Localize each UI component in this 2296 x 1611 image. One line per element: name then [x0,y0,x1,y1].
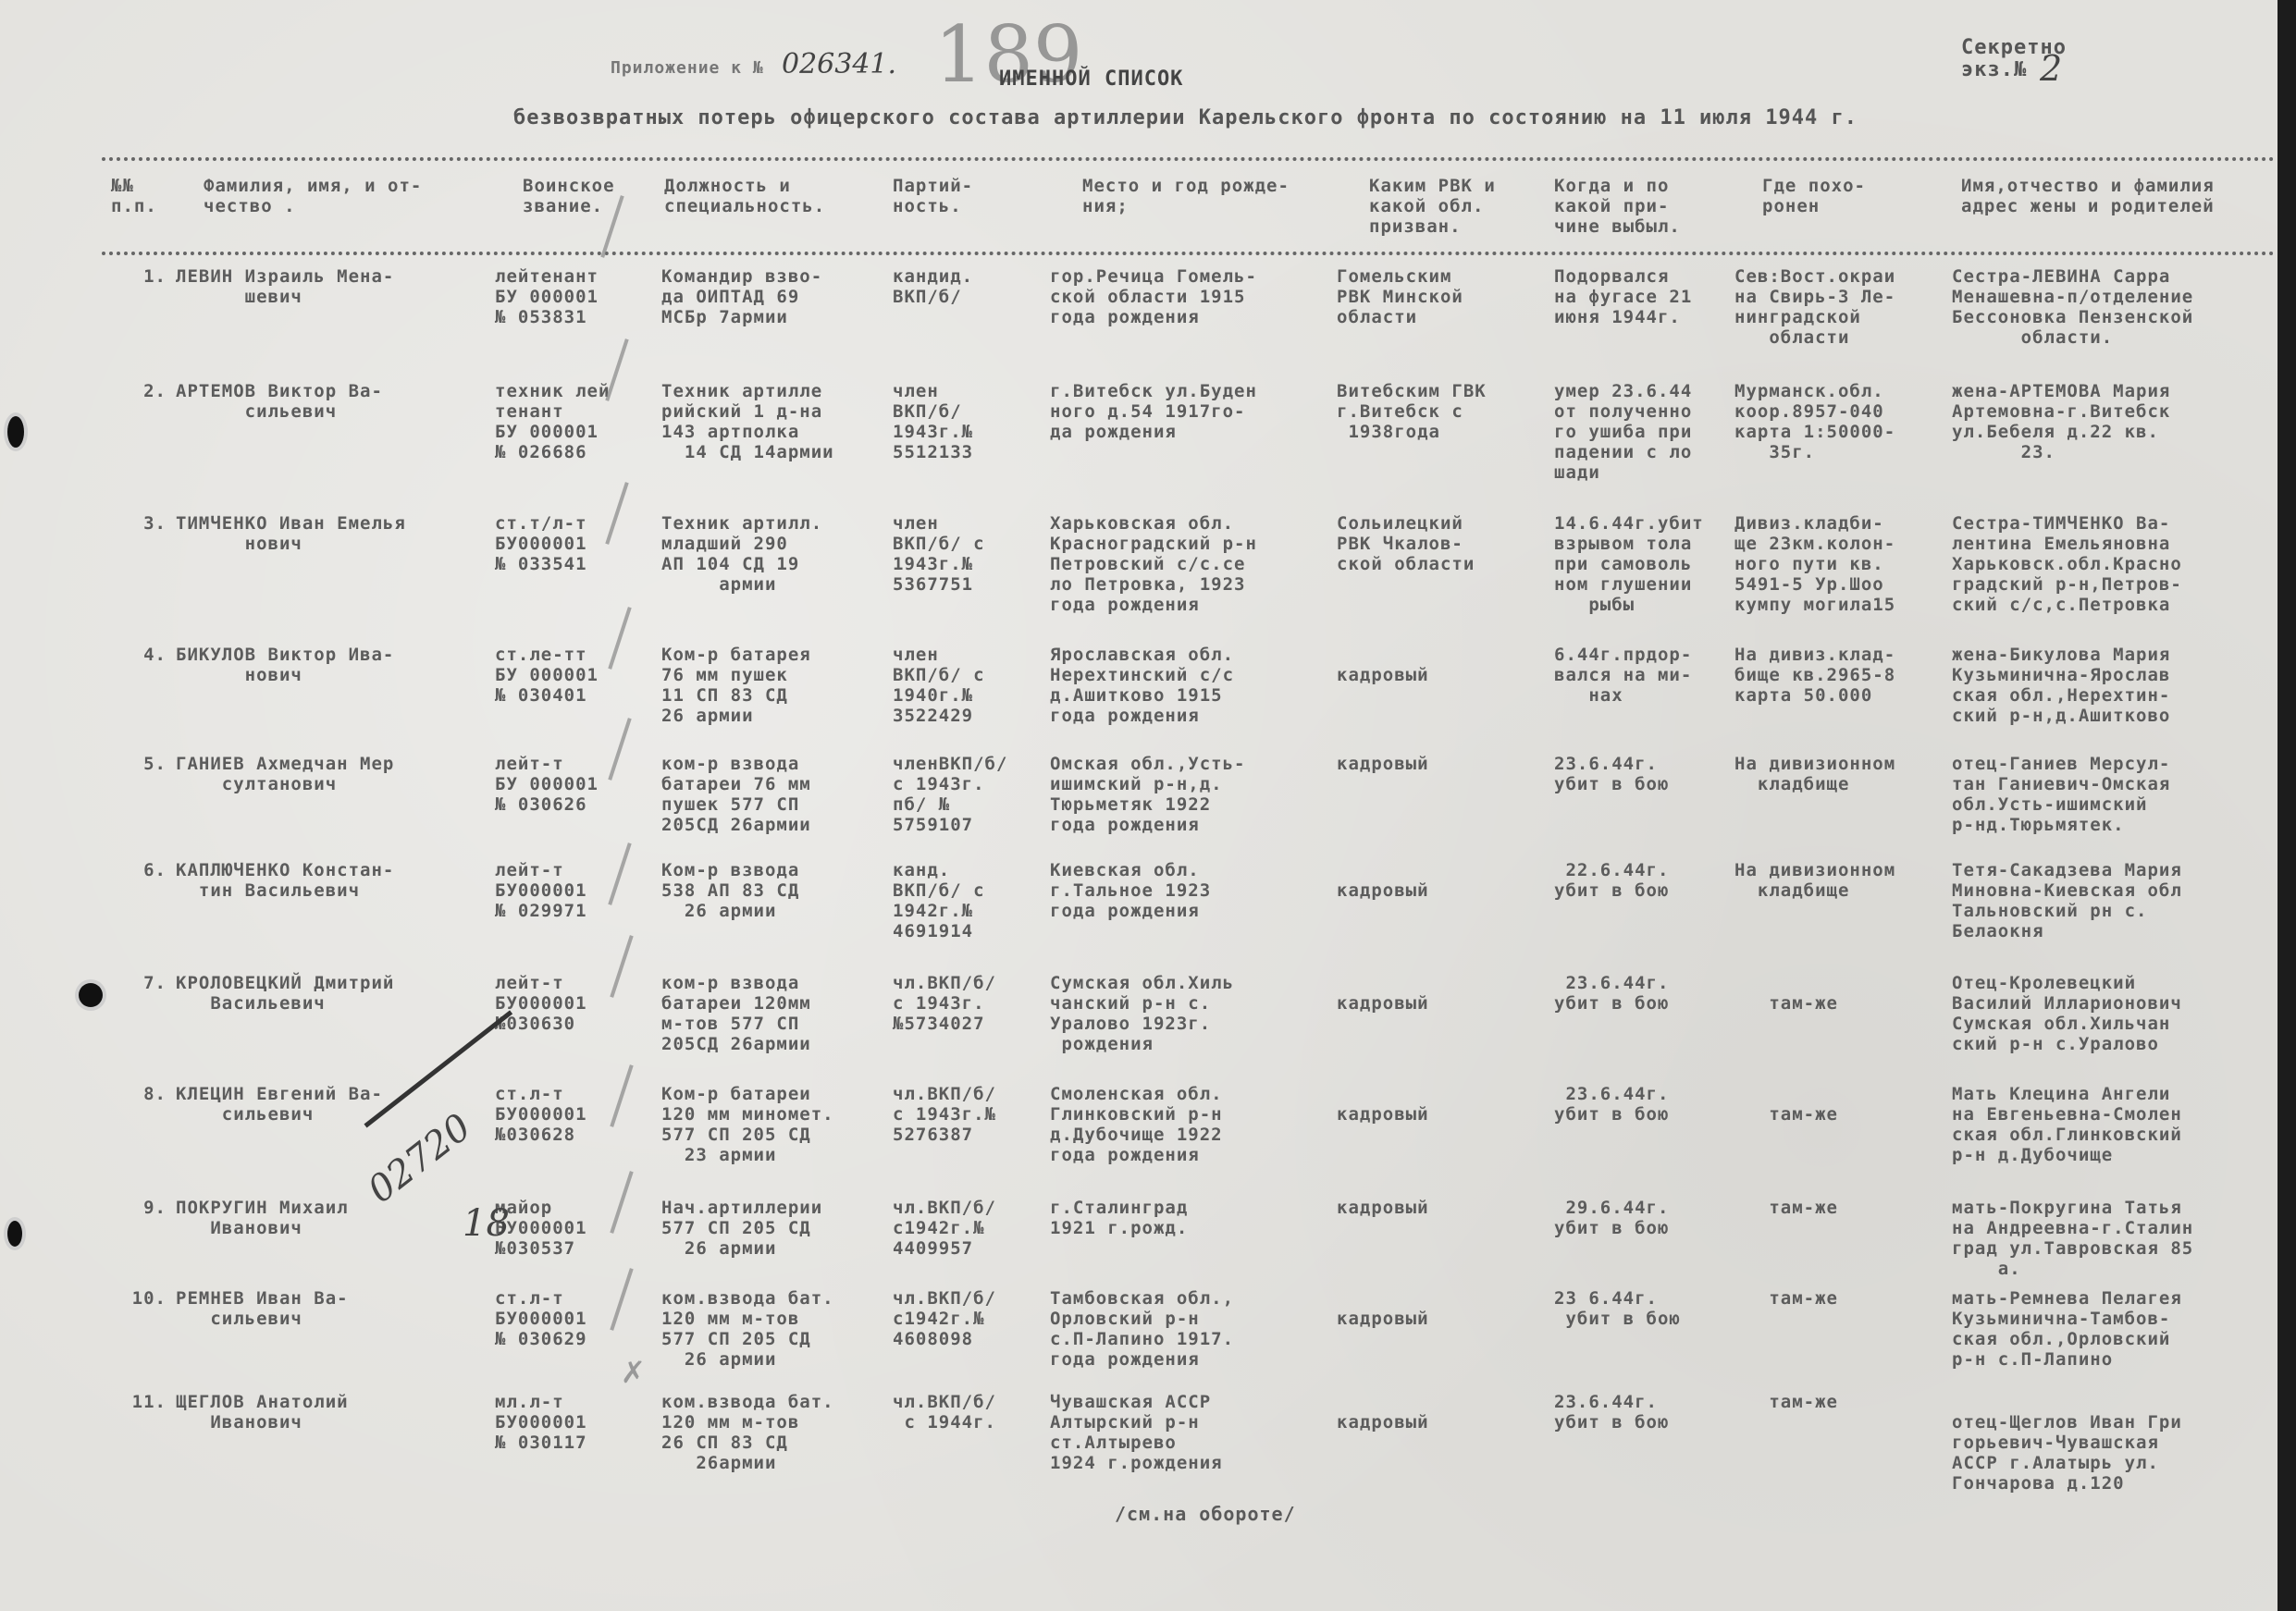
position: ком-р взвода батареи 76 мм пушек 577 СП … [661,754,879,835]
document-page: Приложение к № 026341. 189 ИМЕННОЙ СПИСО… [0,0,2277,1611]
row-number: 3. [130,513,167,534]
when-why: 23 6.44г. убит в бою [1554,1288,1730,1329]
appendix-label: Приложение к № [611,57,764,80]
full-name: КАПЛЮЧЕНКО Констан- тин Васильевич [176,860,490,901]
birth-place-year: г.Сталинград 1921 г.рожд. [1050,1198,1327,1238]
relatives: Сестра-ТИМЧЕНКО Ва- лентина Емельяновна … [1952,513,2276,615]
row-number: 11. [130,1392,167,1412]
birth-place-year: г.Витебск ул.Буден ного д.54 1917го- да … [1050,381,1327,442]
position: Нач.артиллерии 577 СП 205 СД 26 армии [661,1198,879,1259]
party: канд. ВКП/б/ с 1942г.№ 4691914 [893,860,1013,941]
rank: лейт-т БУ000001 № 029971 [495,860,638,921]
party: чл.ВКП/б/ с 1943г.№ 5276387 [893,1084,1013,1145]
burial-place: Дивиз.кладби- ще 23км.колон- ного пути к… [1734,513,1929,615]
row-number: 4. [130,645,167,665]
birth-place-year: гор.Речица Гомель- ской области 1915 год… [1050,266,1327,327]
when-why: 14.6.44г.убит взрывом тола при самоволь … [1554,513,1730,615]
full-name: ТИМЧЕНКО Иван Емелья нович [176,513,490,554]
full-name: БИКУЛОВ Виктор Ива- нович [176,645,490,685]
when-why: 6.44г.прдор- вался на ми- нах [1554,645,1730,706]
col-header-party: Партий- ность. [893,176,973,216]
col-header-rvk: Каким РВК и какой обл. призван. [1369,176,1496,237]
party: кандид. ВКП/б/ [893,266,1013,307]
position: ком.взвода бат. 120 мм м-тов 577 СП 205 … [661,1288,879,1370]
burial-place: там-же [1734,1288,1929,1309]
col-header-birth: Место и год рожде- ния; [1082,176,1290,216]
col-header-rank: Воинское звание. [523,176,615,216]
drafted-by: кадровый [1337,1288,1531,1329]
relatives: Мать Клецина Ангели на Евгеньевна-Смолен… [1952,1084,2276,1165]
rank: техник лей тенант БУ 000001 № 026686 [495,381,638,462]
row-number: 10. [130,1288,167,1309]
birth-place-year: Чувашская АССР Алтырский р-н ст.Алтырево… [1050,1392,1327,1473]
relatives: мать-Покругина Татья на Андреевна-г.Стал… [1952,1198,2276,1279]
punch-hole-icon [7,416,24,448]
birth-place-year: Сумская обл.Хиль чанский р-н с. Уралово … [1050,973,1327,1054]
party: чл.ВКП/б/ с 1944г. [893,1392,1013,1433]
burial-place: На дивиз.клад- бище кв.2965-8 карта 50.0… [1734,645,1929,706]
row-number: 2. [130,381,167,401]
position: Техник артилл. младший 290 АП 104 СД 19 … [661,513,879,595]
party: член ВКП/б/ 1943г.№ 5512133 [893,381,1013,462]
row-number: 5. [130,754,167,774]
burial-place: Сев:Вост.окраи на Свирь-3 Ле- нинградско… [1734,266,1929,348]
party: чл.ВКП/б/ с 1943г. №5734027 [893,973,1013,1034]
full-name: КРОЛОВЕЦКИЙ Дмитрий Васильевич [176,973,490,1014]
when-why: умер 23.6.44 от полученно го ушиба при п… [1554,381,1730,483]
when-why: 29.6.44г. убит в бою [1554,1198,1730,1238]
drafted-by: кадровый [1337,754,1531,774]
rank: мл.л-т БУ000001 № 030117 [495,1392,638,1453]
appendix-number: 026341. [782,48,896,80]
when-why: 23.6.44г. убит в бою [1554,973,1730,1014]
full-name: ЛЕВИН Израиль Мена- шевич [176,266,490,307]
position: Командир взво- да ОИПТАД 69 МСБр 7армии [661,266,879,327]
birth-place-year: Омская обл.,Усть- ишимский р-н,д. Тюрьме… [1050,754,1327,835]
row-number: 6. [130,860,167,880]
copy-label: экз.№ [1961,59,2027,81]
punch-hole-icon [7,1221,22,1247]
col-header-position: Должность и специальность. [664,176,825,216]
drafted-by: кадровый [1337,1198,1531,1218]
party: чл.ВКП/б/ с1942г.№ 4409957 [893,1198,1013,1259]
punch-hole-icon [79,983,103,1007]
drafted-by: кадровый [1337,860,1531,901]
full-name: АРТЕМОВ Виктор Ва- сильевич [176,381,490,422]
position: Ком-р взвода 538 АП 83 СД 26 армии [661,860,879,921]
document-subtitle: безвозвратных потерь офицерского состава… [513,107,1858,129]
burial-place: там-же [1734,1392,1929,1412]
burial-place: там-же [1734,1084,1929,1125]
header-divider-top [102,157,2276,161]
position: ком-р взвода батареи 120мм м-тов 577 СП … [661,973,879,1054]
cross-mark-icon: ✗ [622,1359,645,1382]
col-header-number: №№ п.п. [111,176,167,216]
relatives: Сестра-ЛЕВИНА Сарра Менашевна-п/отделени… [1952,266,2276,348]
party: член ВКП/б/ с 1940г.№ 3522429 [893,645,1013,726]
drafted-by: кадровый [1337,1084,1531,1125]
position: Ком-р батарея 76 мм пушек 11 СП 83 СД 26… [661,645,879,726]
drafted-by: кадровый [1337,973,1531,1014]
relatives: жена-АРТЕМОВА Мария Артемовна-г.Витебск … [1952,381,2276,462]
continued-note: /см.на обороте/ [1115,1503,1296,1525]
burial-place: Мурманск.обл. коор.8957-040 карта 1:5000… [1734,381,1929,462]
drafted-by: Витебским ГВК г.Витебск с 1938года [1337,381,1531,442]
scan-edge [2277,0,2296,1611]
birth-place-year: Тамбовская обл., Орловский р-н с.П-Лапин… [1050,1288,1327,1370]
full-name: ЩЕГЛОВ Анатолий Иванович [176,1392,490,1433]
document-title: ИМЕННОЙ СПИСОК [999,68,1183,91]
col-header-name: Фамилия, имя, и от- чество . [204,176,422,216]
burial-place: там-же [1734,1198,1929,1218]
relatives: жена-Бикулова Мария Кузьминична-Ярослав … [1952,645,2276,726]
copy-number: 2 [2040,48,2062,89]
rank: лейтенант БУ 000001 № 053831 [495,266,638,327]
when-why: 22.6.44г. убит в бою [1554,860,1730,901]
col-header-relatives: Имя,отчество и фамилия адрес жены и роди… [1961,176,2215,216]
burial-place: На дивизионном кладбище [1734,754,1929,794]
drafted-by: кадровый [1337,645,1531,685]
party: член ВКП/б/ с 1943г.№ 5367751 [893,513,1013,595]
drafted-by: кадровый [1337,1392,1531,1433]
drafted-by: Сольилецкий РВК Чкалов- ской области [1337,513,1531,574]
full-name: ПОКРУГИН Михаил Иванович [176,1198,490,1238]
position: Техник артилле рийский 1 д-на 143 артпол… [661,381,879,462]
handwritten-initial: 18 [463,1202,510,1245]
birth-place-year: Смоленская обл. Глинковский р-н д.Дубочи… [1050,1084,1327,1165]
burial-place: там-же [1734,973,1929,1014]
position: ком.взвода бат. 120 мм м-тов 26 СП 83 СД… [661,1392,879,1473]
party: чл.ВКП/б/ с1942г.№ 4608098 [893,1288,1013,1349]
when-why: 23.6.44г. убит в бою [1554,1392,1730,1433]
rank: ст.т/л-т БУ000001 № 033541 [495,513,638,574]
row-number: 9. [130,1198,167,1218]
when-why: 23.6.44г. убит в бою [1554,754,1730,794]
drafted-by: Гомельским РВК Минской области [1337,266,1531,327]
birth-place-year: Харьковская обл. Красноградский р-н Петр… [1050,513,1327,615]
burial-place: На дивизионном кладбище [1734,860,1929,901]
relatives: мать-Ремнева Пелагея Кузьминична-Тамбов-… [1952,1288,2276,1370]
col-header-when-why: Когда и по какой при- чине выбыл. [1554,176,1681,237]
relatives: отец-Щеглов Иван Гри горьевич-Чувашская … [1952,1392,2276,1494]
col-header-buried: Где похо- ронен [1762,176,1866,216]
when-why: 23.6.44г. убит в бою [1554,1084,1730,1125]
birth-place-year: Киевская обл. г.Тальное 1923 года рожден… [1050,860,1327,921]
row-number: 8. [130,1084,167,1104]
rank: майор БУ000001 №030537 [495,1198,638,1259]
row-number: 7. [130,973,167,993]
relatives: Отец-Кролевецкий Василий Илларионович Су… [1952,973,2276,1054]
when-why: Подорвался на фугасе 21 июня 1944г. [1554,266,1730,327]
row-number: 1. [130,266,167,287]
relatives: Тетя-Сакадзева Мария Миновна-Киевская об… [1952,860,2276,941]
party: членВКП/б/ с 1943г. пб/ № 5759107 [893,754,1013,835]
birth-place-year: Ярославская обл. Нерехтинский с/с д.Ашит… [1050,645,1327,726]
rank: ст.ле-тт БУ 000001 № 030401 [495,645,638,706]
position: Ком-р батареи 120 мм миномет. 577 СП 205… [661,1084,879,1165]
full-name: РЕМНЕВ Иван Ва- сильевич [176,1288,490,1329]
relatives: отец-Ганиев Мерсул- тан Ганиевич-Омская … [1952,754,2276,835]
full-name: ГАНИЕВ Ахмедчан Мер султанович [176,754,490,794]
header-divider-bottom [102,252,2276,255]
